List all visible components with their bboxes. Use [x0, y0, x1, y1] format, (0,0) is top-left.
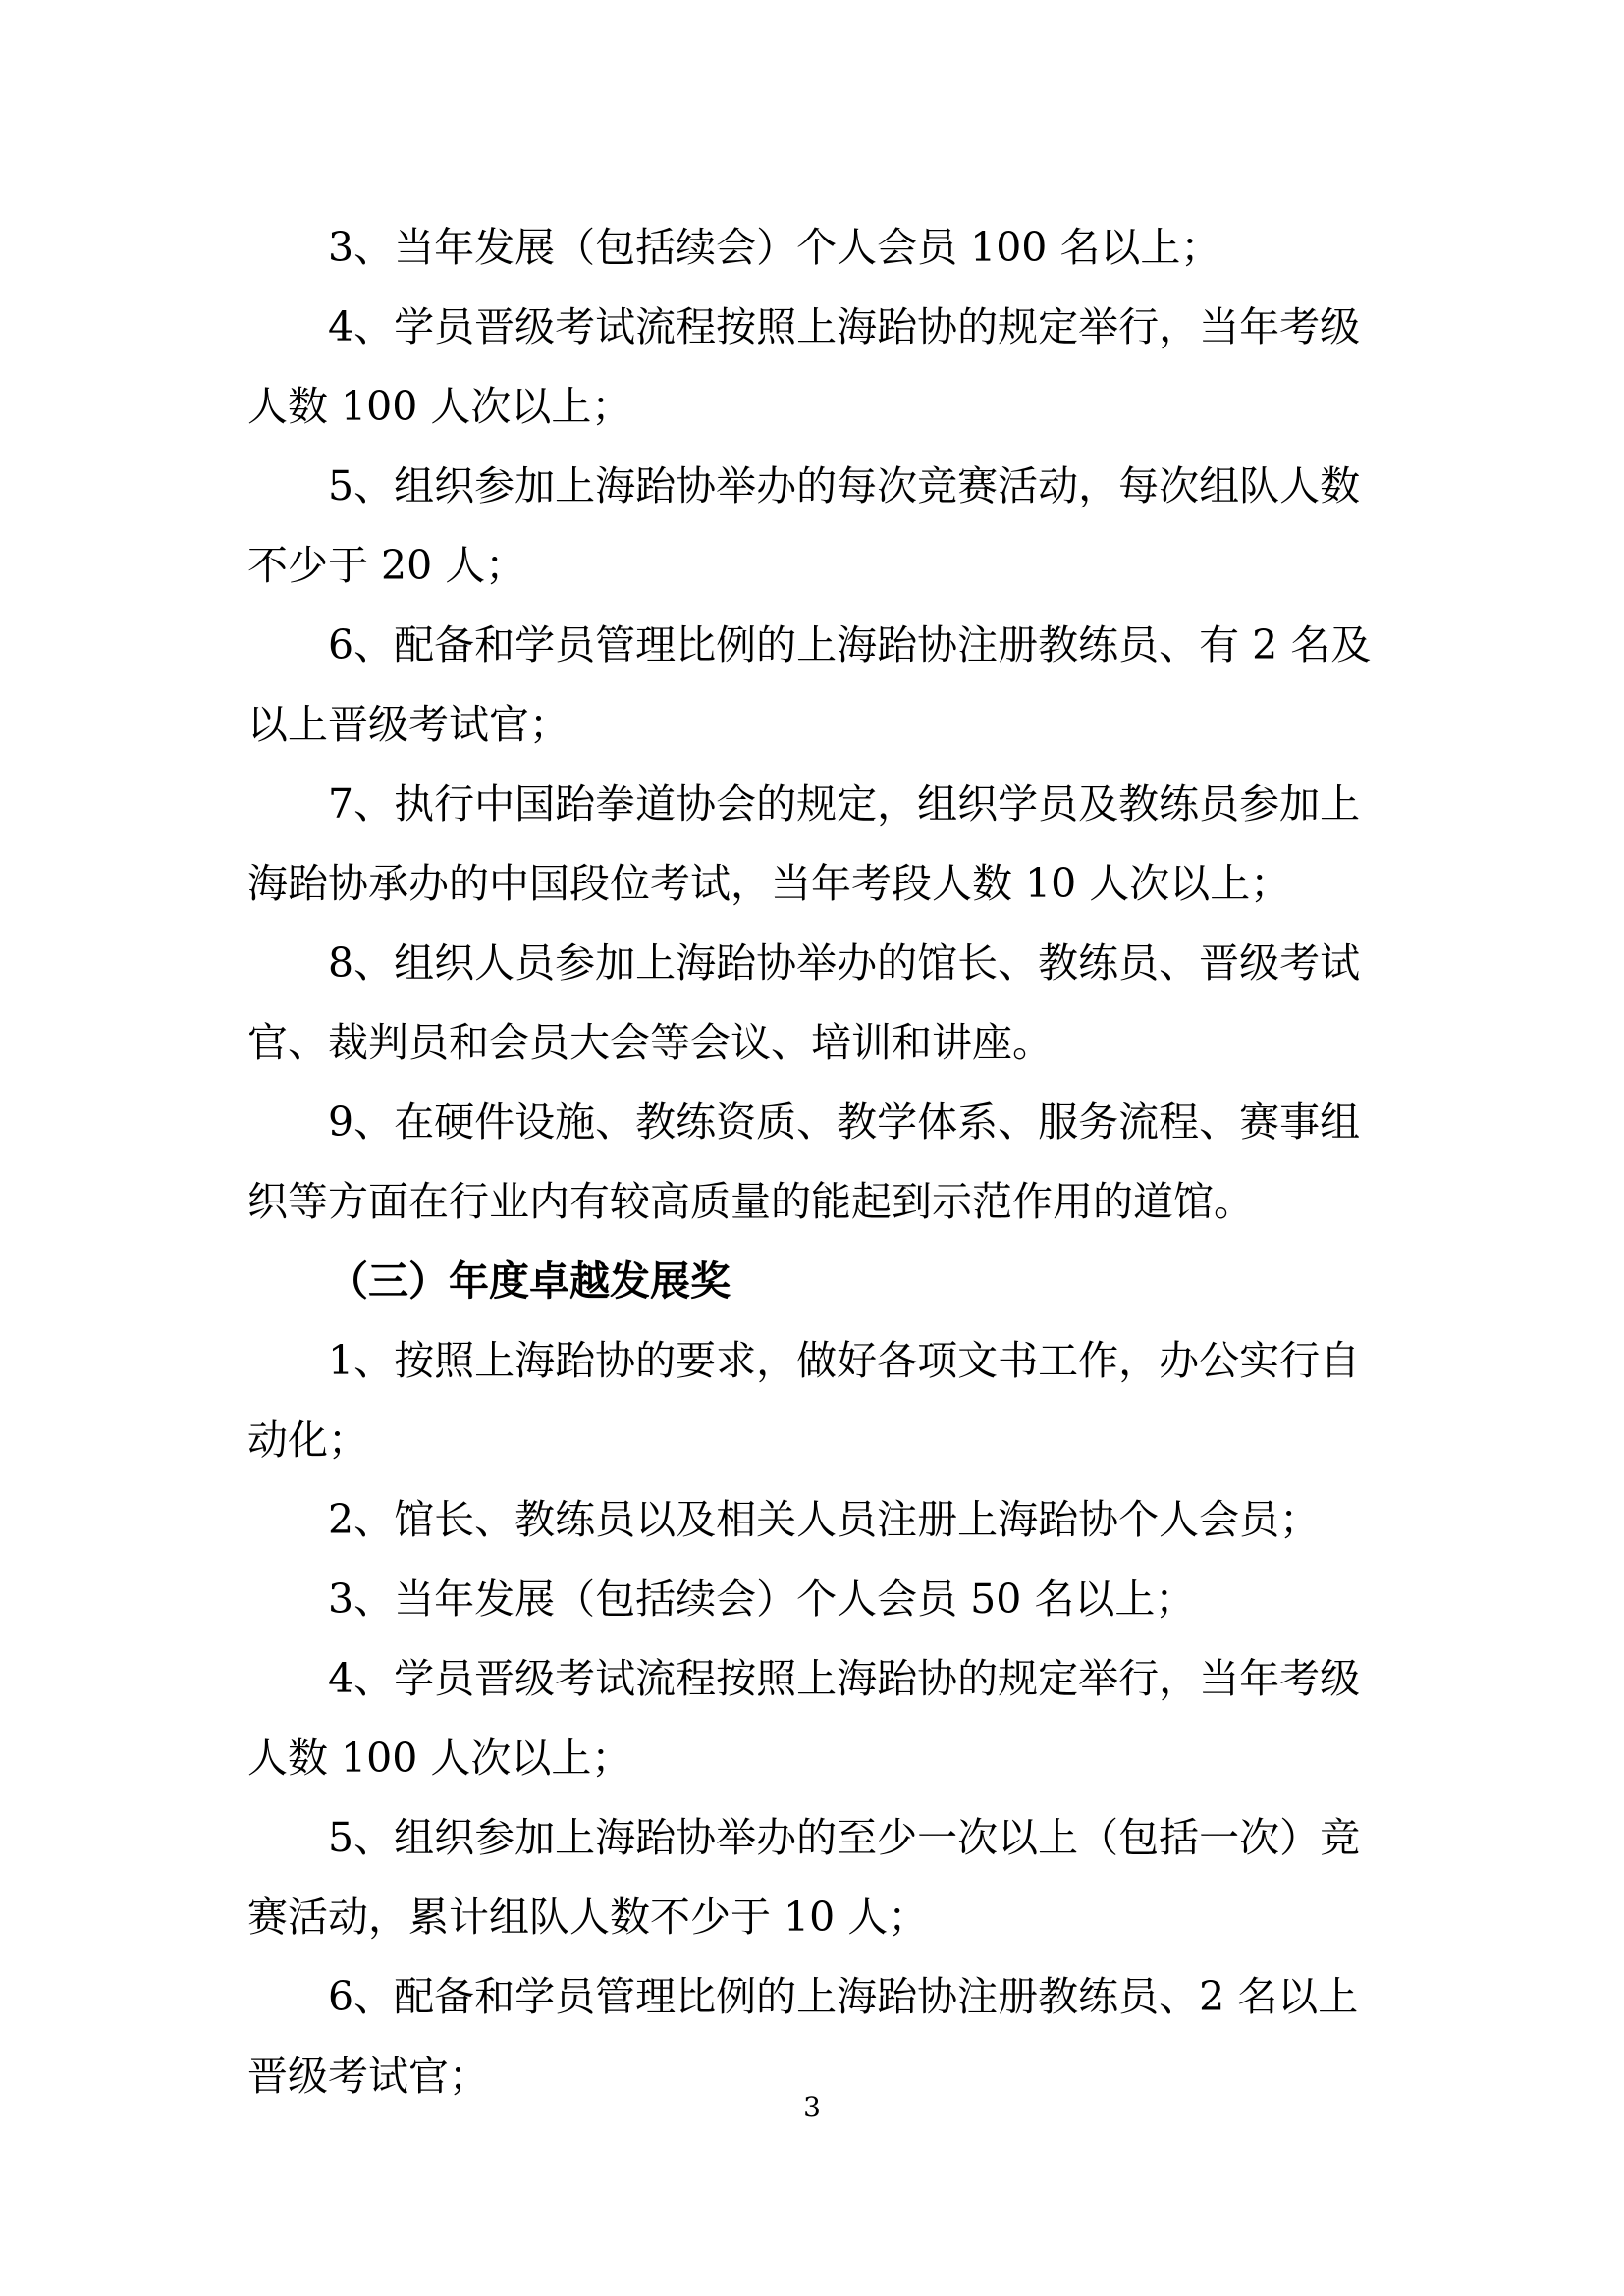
text-line: 以上晋级考试官； [247, 685, 1377, 765]
text-line: 赛活动，累计组队人数不少于 10 人； [247, 1878, 1377, 1957]
text-line: 动化； [247, 1401, 1377, 1480]
page-number: 3 [0, 2091, 1624, 2124]
text-line: 9、在硬件设施、教练资质、教学体系、服务流程、赛事组 [247, 1083, 1377, 1162]
text-line: 海跆协承办的中国段位考试，当年考段人数 10 人次以上； [247, 844, 1377, 924]
section-heading: （三）年度卓越发展奖 [247, 1242, 1377, 1321]
text-line: 2、馆长、教练员以及相关人员注册上海跆协个人会员； [247, 1480, 1377, 1560]
text-line: 4、学员晋级考试流程按照上海跆协的规定举行，当年考级 [247, 1639, 1377, 1719]
text-line: 官、裁判员和会员大会等会议、培训和讲座。 [247, 1003, 1377, 1083]
text-line: 3、当年发展（包括续会）个人会员 50 名以上； [247, 1560, 1377, 1639]
text-line: 织等方面在行业内有较高质量的能起到示范作用的道馆。 [247, 1162, 1377, 1242]
text-line: 8、组织人员参加上海跆协举办的馆长、教练员、晋级考试 [247, 924, 1377, 1003]
text-line: 不少于 20 人； [247, 526, 1377, 606]
text-line: 人数 100 人次以上； [247, 367, 1377, 447]
text-line: 3、当年发展（包括续会）个人会员 100 名以上； [247, 208, 1377, 288]
text-line: 6、配备和学员管理比例的上海跆协注册教练员、2 名以上 [247, 1957, 1377, 2037]
text-line: 5、组织参加上海跆协举办的每次竞赛活动，每次组队人数 [247, 447, 1377, 526]
document-page: 3、当年发展（包括续会）个人会员 100 名以上；4、学员晋级考试流程按照上海跆… [0, 0, 1624, 2296]
text-line: 7、执行中国跆拳道协会的规定，组织学员及教练员参加上 [247, 765, 1377, 844]
text-line: 1、按照上海跆协的要求，做好各项文书工作，办公实行自 [247, 1321, 1377, 1401]
text-lines: 3、当年发展（包括续会）个人会员 100 名以上；4、学员晋级考试流程按照上海跆… [247, 208, 1377, 2116]
text-line: 人数 100 人次以上； [247, 1719, 1377, 1798]
text-line: 4、学员晋级考试流程按照上海跆协的规定举行，当年考级 [247, 288, 1377, 367]
text-line: 6、配备和学员管理比例的上海跆协注册教练员、有 2 名及 [247, 606, 1377, 685]
text-line: 5、组织参加上海跆协举办的至少一次以上（包括一次）竞 [247, 1798, 1377, 1878]
